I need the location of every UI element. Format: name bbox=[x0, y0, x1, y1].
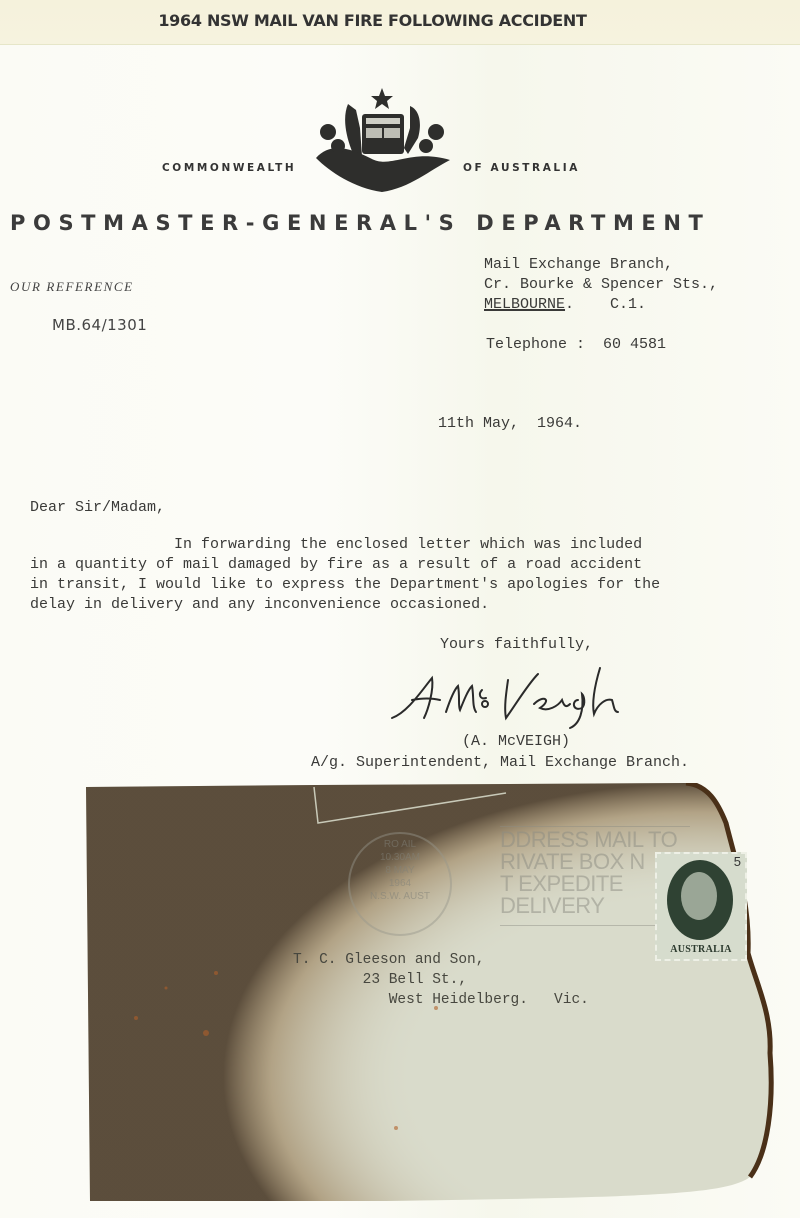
signatory-title: A/g. Superintendent, Mail Exchange Branc… bbox=[311, 754, 689, 771]
postmark-location: N.S.W. AUST bbox=[350, 890, 450, 903]
letterhead-right-text: OF AUSTRALIA bbox=[463, 162, 580, 174]
letter-body: In forwarding the enclosed letter which … bbox=[30, 535, 770, 615]
postmark-date: 8 MAY bbox=[350, 864, 450, 877]
postmark-year: 1964 bbox=[350, 877, 450, 890]
letter-date: 11th May, 1964. bbox=[438, 415, 582, 432]
department-heading: POSTMASTER-GENERAL'S DEPARTMENT bbox=[10, 211, 710, 235]
stamp-value: 5 bbox=[734, 854, 741, 869]
address-line-1: Mail Exchange Branch, bbox=[484, 256, 673, 273]
letterhead: COMMONWEALTH OF AUSTRALIA bbox=[0, 88, 800, 198]
stamp-country: AUSTRALIA bbox=[657, 944, 745, 955]
salutation: Dear Sir/Madam, bbox=[30, 499, 165, 516]
title-banner: 1964 NSW MAIL VAN FIRE FOLLOWING ACCIDEN… bbox=[0, 0, 800, 45]
closing: Yours faithfully, bbox=[440, 636, 593, 653]
address-city: MELBOURNE bbox=[484, 296, 565, 313]
recipient-address: T. C. Gleeson and Son, 23 Bell St., West… bbox=[293, 950, 589, 1010]
banner-title: 1964 NSW MAIL VAN FIRE FOLLOWING ACCIDEN… bbox=[0, 11, 745, 30]
telephone-number: 60 4581 bbox=[603, 336, 666, 353]
telephone-label: Telephone : bbox=[486, 336, 585, 353]
address-line-2: Cr. Bourke & Spencer Sts., bbox=[484, 276, 718, 293]
letterhead-left-text: COMMONWEALTH bbox=[162, 162, 296, 174]
coat-of-arms-icon bbox=[310, 88, 455, 196]
telephone-line: Telephone : 60 4581 bbox=[486, 336, 666, 353]
sender-address: Mail Exchange Branch, Cr. Bourke & Spenc… bbox=[484, 255, 718, 315]
reference-label: OUR REFERENCE bbox=[10, 279, 134, 295]
reference-number: MB.64/1301 bbox=[52, 316, 147, 334]
postmark: RO AIL 10.30AM 8 MAY 1964 N.S.W. AUST bbox=[348, 832, 452, 936]
signatory-name: (A. McVEIGH) bbox=[462, 733, 570, 750]
signature-icon bbox=[388, 660, 648, 730]
postage-stamp: 5 AUSTRALIA bbox=[655, 852, 747, 961]
postmark-time: 10.30AM bbox=[350, 851, 450, 864]
address-postcode: . C.1. bbox=[565, 296, 646, 313]
